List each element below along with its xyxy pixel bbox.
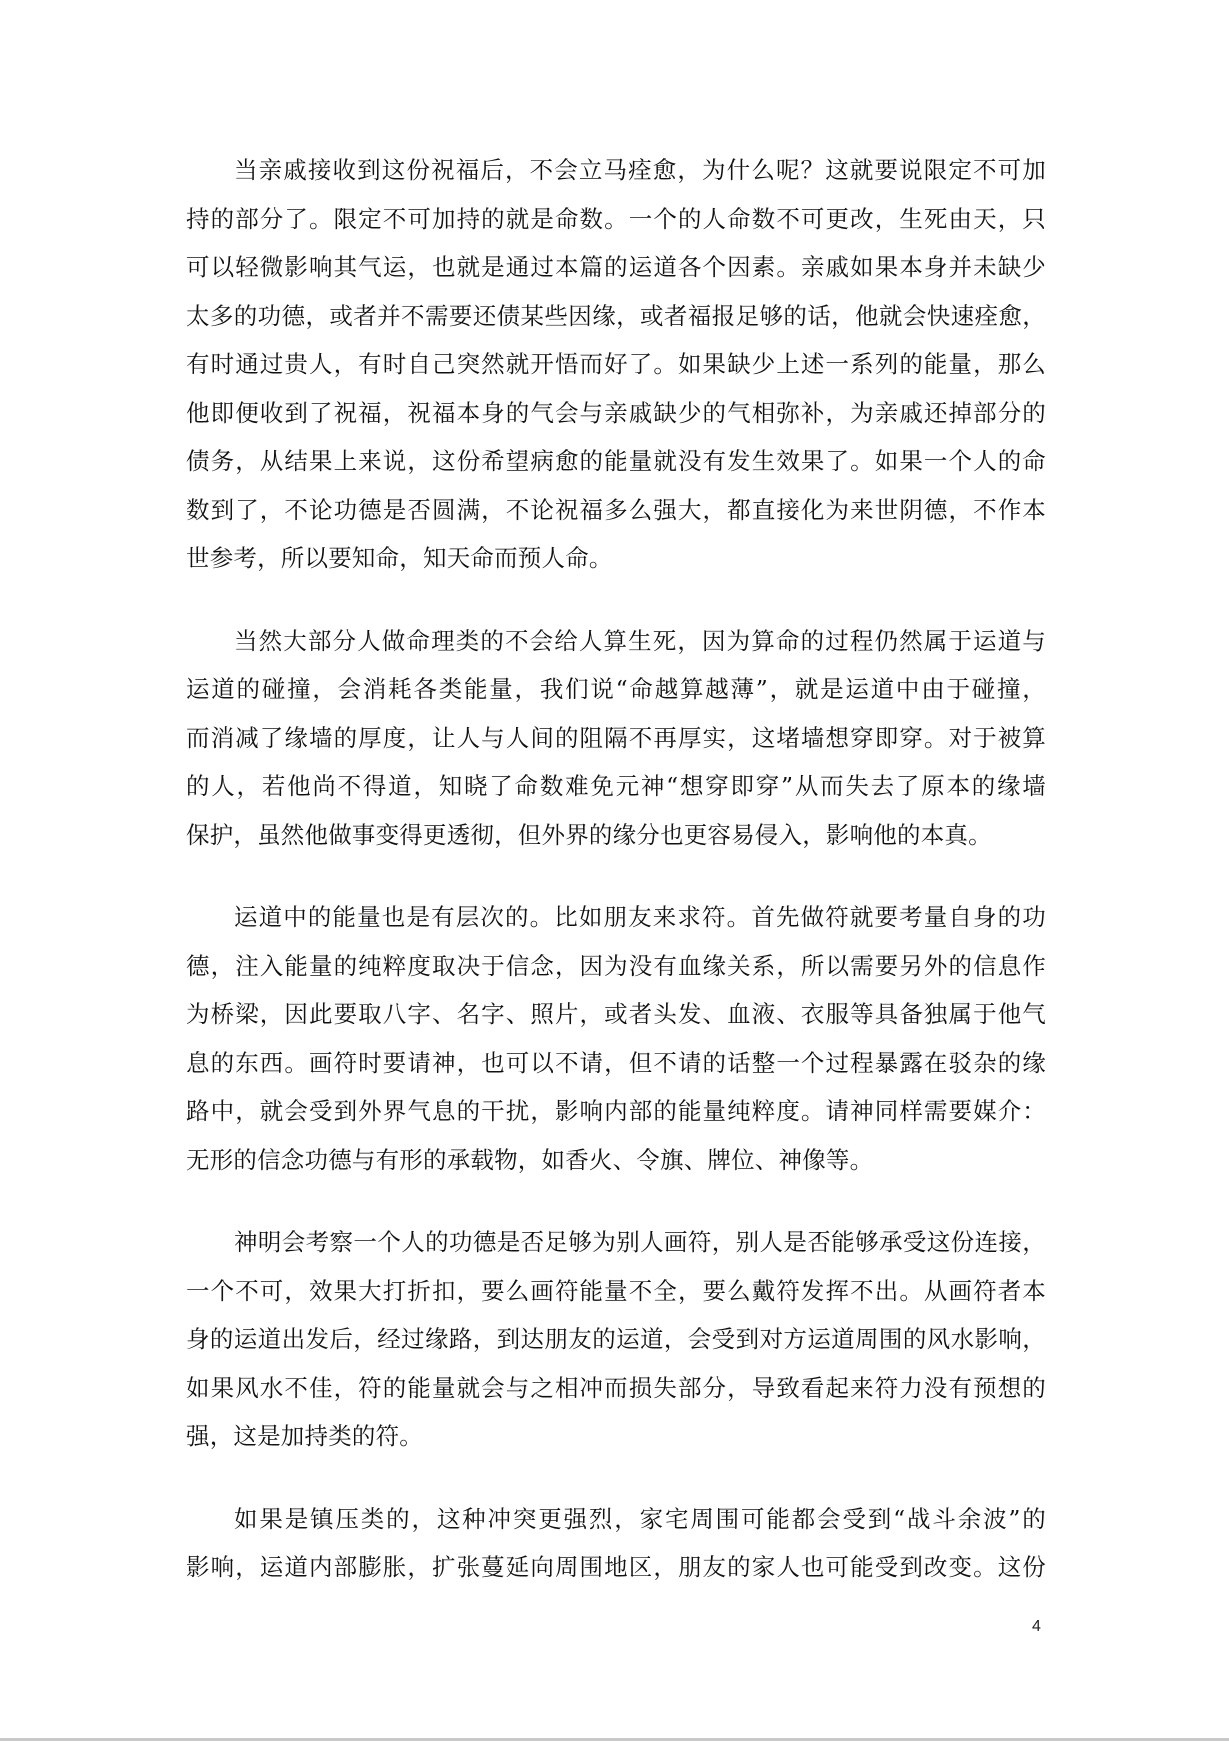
text-line: 无形的信念功德与有形的承载物，如香火、令旗、牌位、神像等。 xyxy=(186,1136,1046,1185)
paragraph-2: 当然大部分人做命理类的不会给人算生死，因为算命的过程仍然属于运道与 运道的碰撞，… xyxy=(186,617,1046,860)
text-line: 的人，若他尚不得道，知晓了命数难免元神“想穿即穿”从而失去了原本的缘墙 xyxy=(186,762,1046,811)
text-line: 当然大部分人做命理类的不会给人算生死，因为算命的过程仍然属于运道与 xyxy=(186,617,1046,666)
text-line: 债务，从结果上来说，这份希望病愈的能量就没有发生效果了。如果一个人的命 xyxy=(186,437,1046,486)
text-line: 一个不可，效果大打折扣，要么画符能量不全，要么戴符发挥不出。从画符者本 xyxy=(186,1267,1046,1316)
text-line: 如果是镇压类的，这种冲突更强烈，家宅周围可能都会受到“战斗余波”的 xyxy=(186,1495,1046,1544)
paragraph-1: 当亲戚接收到这份祝福后，不会立马痊愈，为什么呢？这就要说限定不可加 持的部分了。… xyxy=(186,146,1046,583)
text-line: 身的运道出发后，经过缘路，到达朋友的运道，会受到对方运道周围的风水影响， xyxy=(186,1315,1046,1364)
text-line: 影响，运道内部膨胀，扩张蔓延向周围地区，朋友的家人也可能受到改变。这份 xyxy=(186,1543,1046,1592)
page-number: 4 xyxy=(1032,1618,1041,1636)
text-line: 世参考，所以要知命，知天命而预人命。 xyxy=(186,534,1046,583)
text-line: 当亲戚接收到这份祝福后，不会立马痊愈，为什么呢？这就要说限定不可加 xyxy=(186,146,1046,195)
text-line: 有时通过贵人，有时自己突然就开悟而好了。如果缺少上述一系列的能量，那么 xyxy=(186,340,1046,389)
paragraph-3: 运道中的能量也是有层次的。比如朋友来求符。首先做符就要考量自身的功 德，注入能量… xyxy=(186,893,1046,1184)
text-line: 运道中的能量也是有层次的。比如朋友来求符。首先做符就要考量自身的功 xyxy=(186,893,1046,942)
text-line: 持的部分了。限定不可加持的就是命数。一个的人命数不可更改，生死由天，只 xyxy=(186,195,1046,244)
text-line: 保护，虽然他做事变得更透彻，但外界的缘分也更容易侵入，影响他的本真。 xyxy=(186,811,1046,860)
text-line: 息的东西。画符时要请神，也可以不请，但不请的话整一个过程暴露在驳杂的缘 xyxy=(186,1039,1046,1088)
text-line: 数到了，不论功德是否圆满，不论祝福多么强大，都直接化为来世阴德，不作本 xyxy=(186,486,1046,535)
text-line: 太多的功德，或者并不需要还债某些因缘，或者福报足够的话，他就会快速痊愈， xyxy=(186,292,1046,341)
text-line: 德，注入能量的纯粹度取决于信念，因为没有血缘关系，所以需要另外的信息作 xyxy=(186,942,1046,991)
text-line: 而消减了缘墙的厚度，让人与人间的阻隔不再厚实，这堵墙想穿即穿。对于被算 xyxy=(186,714,1046,763)
text-line: 神明会考察一个人的功德是否足够为别人画符，别人是否能够承受这份连接， xyxy=(186,1218,1046,1267)
text-line: 强，这是加持类的符。 xyxy=(186,1412,1046,1461)
text-line: 为桥梁，因此要取八字、名字、照片，或者头发、血液、衣服等具备独属于他气 xyxy=(186,990,1046,1039)
text-line: 他即便收到了祝福，祝福本身的气会与亲戚缺少的气相弥补，为亲戚还掉部分的 xyxy=(186,389,1046,438)
text-line: 运道的碰撞，会消耗各类能量，我们说“命越算越薄”，就是运道中由于碰撞， xyxy=(186,665,1046,714)
text-line: 可以轻微影响其气运，也就是通过本篇的运道各个因素。亲戚如果本身并未缺少 xyxy=(186,243,1046,292)
paragraph-4: 神明会考察一个人的功德是否足够为别人画符，别人是否能够承受这份连接， 一个不可，… xyxy=(186,1218,1046,1461)
document-body: 当亲戚接收到这份祝福后，不会立马痊愈，为什么呢？这就要说限定不可加 持的部分了。… xyxy=(186,146,1046,1626)
text-line: 路中，就会受到外界气息的干扰，影响内部的能量纯粹度。请神同样需要媒介： xyxy=(186,1087,1046,1136)
text-line: 如果风水不佳，符的能量就会与之相冲而损失部分，导致看起来符力没有预想的 xyxy=(186,1364,1046,1413)
paragraph-5: 如果是镇压类的，这种冲突更强烈，家宅周围可能都会受到“战斗余波”的 影响，运道内… xyxy=(186,1495,1046,1592)
document-page: 当亲戚接收到这份祝福后，不会立马痊愈，为什么呢？这就要说限定不可加 持的部分了。… xyxy=(0,0,1229,1738)
